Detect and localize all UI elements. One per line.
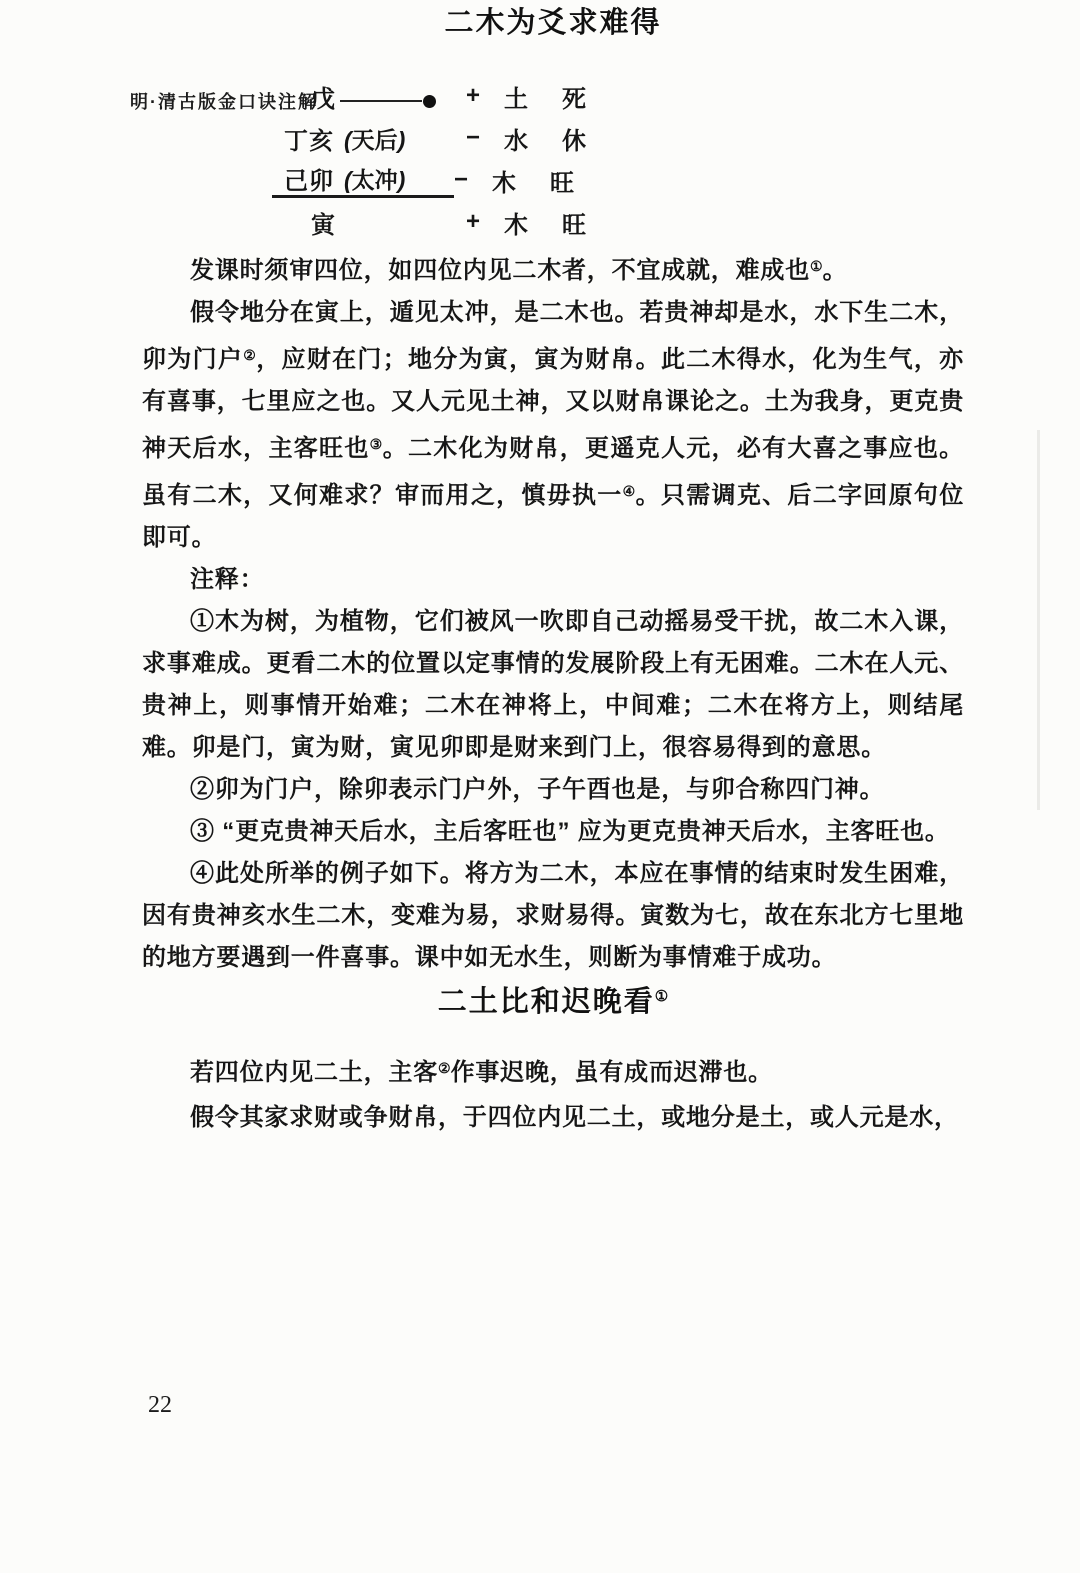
note-1: ①木为树，为植物，它们被风一吹即自己动摇易受干扰，故二木入课，求事难成。更看二木…	[142, 601, 964, 769]
state-label: 旺	[550, 163, 575, 198]
paragraph-text: 作事迟晚，虽有成而迟滞也。	[451, 1059, 773, 1086]
note-2: ②卯为门户，除卯表示门户外，子午酉也是，与卯合称四门神。	[142, 769, 964, 811]
polarity-sign: +	[466, 208, 504, 236]
note-3: ③ “更克贵神天后水，主后客旺也” 应为更克贵神天后水，主客旺也。	[142, 811, 964, 853]
footnote-marker-s2-2: ②	[438, 1060, 451, 1076]
footnote-marker-1: ①	[810, 258, 823, 274]
stem-branch: 己卯	[284, 161, 334, 196]
book-page: 明·清古版金口诀注解 二木为爻求难得 戊 + 土 死 丁亥 (天后)	[0, 0, 1080, 1573]
deity-label: (太冲)	[344, 162, 405, 195]
footnote-marker-2: ②	[243, 347, 256, 363]
page-number: 22	[148, 1392, 172, 1419]
state-label: 旺	[562, 205, 587, 240]
footnote-marker-3: ③	[370, 436, 383, 452]
element-label: 木	[504, 205, 562, 240]
diagram-row-4: 寅 + 木 旺	[284, 201, 704, 243]
diagram-row-2-left: 丁亥 (天后)	[284, 117, 466, 159]
polarity-sign: −	[466, 124, 504, 152]
notes-label: 注释：	[142, 559, 964, 601]
diagram-row-3: 己卯 (太冲) − 木 旺	[284, 159, 704, 201]
state-label: 死	[562, 79, 587, 114]
section1-title: 二木为爻求难得	[142, 0, 964, 41]
footnote-marker-4: ④	[623, 483, 636, 499]
diagram-row-3-left-underlined: 己卯 (太冲)	[272, 162, 454, 199]
paragraph-text: 发课时须审四位，如四位内见二木者，不宜成就，难成也	[190, 257, 810, 284]
deity-label: (天后)	[344, 122, 405, 155]
scan-artifact	[1037, 430, 1040, 810]
polarity-sign: −	[454, 166, 492, 194]
diagram-row-1: 戊 + 土 死	[284, 75, 704, 117]
polarity-sign: +	[466, 82, 504, 110]
section1-body: 发课时须审四位，如四位内见二木者，不宜成就，难成也①。 假令地分在寅上，遁见太冲…	[142, 245, 964, 979]
diagram-row-2: 丁亥 (天后) − 水 休	[284, 117, 704, 159]
diagram-row-4-left: 寅	[284, 201, 466, 243]
stem-branch: 寅	[311, 205, 336, 240]
footnote-marker-s2-1: ①	[655, 988, 668, 1005]
section2-body: 若四位内见二土，主客②作事迟晚，虽有成而迟滞也。 假令其家求财或争财帛，于四位内…	[142, 1046, 964, 1140]
paragraph-text: 。	[823, 257, 848, 284]
paragraph-s2-explanation: 假令其家求财或争财帛，于四位内见二土，或地分是土，或人元是水，	[142, 1095, 964, 1140]
four-position-diagram: 戊 + 土 死 丁亥 (天后) − 水 休 己卯 (太冲)	[284, 75, 704, 243]
stem-branch: 丁亥	[284, 121, 334, 156]
element-label: 木	[492, 163, 550, 198]
note-4: ④此处所举的例子如下。将方为二木，本应在事情的结束时发生困难，因有贵神亥水生二木…	[142, 853, 964, 979]
paragraph-s2-intro: 若四位内见二土，主客②作事迟晚，虽有成而迟滞也。	[142, 1046, 964, 1095]
element-label: 土	[504, 79, 562, 114]
diagram-row-1-left: 戊	[284, 75, 466, 117]
stem-branch: 戊	[311, 79, 336, 114]
state-label: 休	[562, 121, 587, 156]
paragraph-explanation: 假令地分在寅上，遁见太冲，是二木也。若贵神却是水，水下生二木，卯为门户②，应财在…	[142, 292, 964, 559]
section2-title: 二土比和迟晚看①	[142, 979, 964, 1020]
page-content: 二木为爻求难得 戊 + 土 死 丁亥 (天后) − 水 休	[142, 0, 964, 1140]
section2-title-text: 二土比和迟晚看	[438, 986, 655, 1018]
element-label: 水	[504, 121, 562, 156]
paragraph-text: 若四位内见二土，主客	[190, 1059, 438, 1086]
paragraph-intro: 发课时须审四位，如四位内见二木者，不宜成就，难成也①。	[142, 245, 964, 292]
